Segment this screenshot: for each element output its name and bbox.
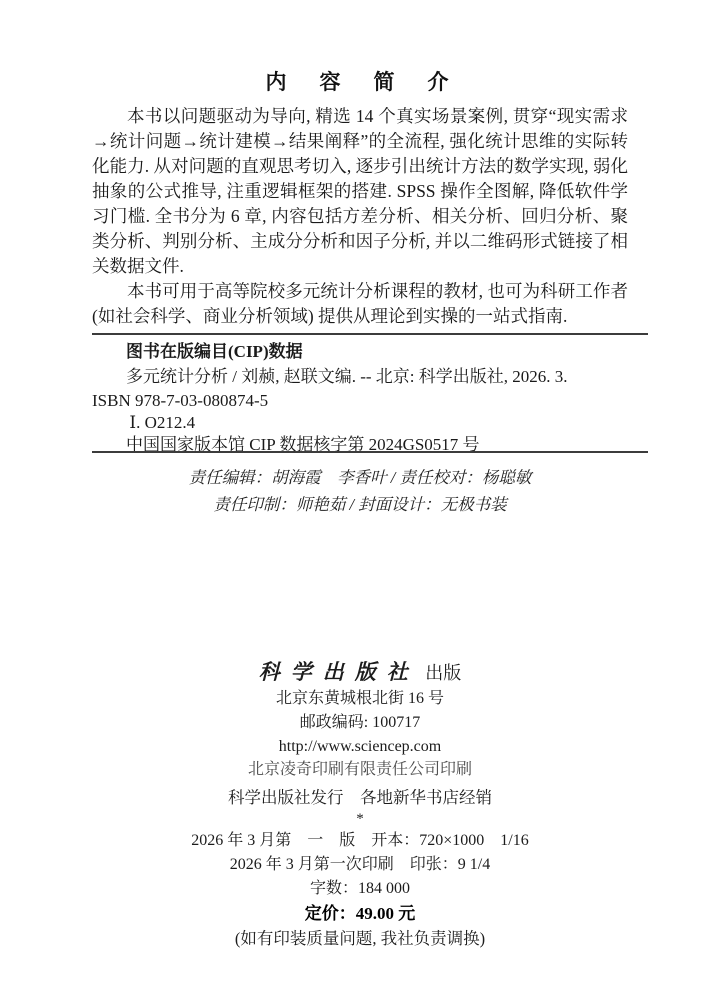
publisher-logo-line: 科学出版社 出版 bbox=[0, 658, 720, 687]
exchange-notice: (如有印装质量问题, 我社负责调换) bbox=[0, 927, 720, 951]
divider-top bbox=[92, 333, 648, 335]
publisher-website: http://www.sciencep.com bbox=[0, 735, 720, 758]
publisher-address: 北京东黄城根北街 16 号 bbox=[0, 687, 720, 711]
staff-print-design-line: 责任印制：师艳茹 / 封面设计：无极书装 bbox=[0, 491, 720, 518]
intro-paragraph-2: 本书可用于高等院校多元统计分析课程的教材, 也可为科研工作者(如社会科学、商业分… bbox=[92, 279, 628, 329]
publisher-logo-script: 科学出版社 bbox=[259, 660, 419, 684]
word-count-line: 字数：184 000 bbox=[0, 877, 720, 901]
distribution-line: 科学出版社发行 各地新华书店经销 bbox=[0, 785, 720, 811]
separator-star: * bbox=[0, 811, 720, 827]
copyright-page: 内 容 简 介 本书以问题驱动为导向, 精选 14 个真实场景案例, 贯穿“现实… bbox=[0, 0, 720, 1000]
cip-heading: 图书在版编目(CIP)数据 bbox=[92, 341, 648, 363]
publisher-logo-suffix: 出版 bbox=[425, 663, 461, 683]
cip-class-number: Ⅰ. O212.4 bbox=[92, 412, 648, 434]
content-introduction: 本书以问题驱动为导向, 精选 14 个真实场景案例, 贯穿“现实需求→统计问题→… bbox=[92, 104, 628, 329]
cip-isbn: ISBN 978-7-03-080874-5 bbox=[92, 390, 648, 412]
staff-block: 责任编辑：胡海霞 李香叶 / 责任校对：杨聪敏 责任印制：师艳茹 / 封面设计：… bbox=[0, 464, 720, 518]
cip-block: 图书在版编目(CIP)数据 多元统计分析 / 刘赪, 赵联文编. -- 北京: … bbox=[92, 341, 648, 456]
cip-entry: 多元统计分析 / 刘赪, 赵联文编. -- 北京: 科学出版社, 2026. 3… bbox=[92, 366, 648, 388]
divider-bottom bbox=[92, 451, 648, 453]
publisher-postcode: 邮政编码: 100717 bbox=[0, 711, 720, 735]
intro-paragraph-1: 本书以问题驱动为导向, 精选 14 个真实场景案例, 贯穿“现实需求→统计问题→… bbox=[92, 104, 628, 279]
page-title: 内 容 简 介 bbox=[0, 66, 720, 96]
staff-editors-line: 责任编辑：胡海霞 李香叶 / 责任校对：杨聪敏 bbox=[0, 464, 720, 491]
colophon-block: 科学出版社 出版 北京东黄城根北街 16 号 邮政编码: 100717 http… bbox=[0, 658, 720, 951]
impression-line: 2026 年 3 月第一次印刷 印张：9 1/4 bbox=[0, 853, 720, 877]
edition-line: 2026 年 3 月第 一 版 开本：720×1000 1/16 bbox=[0, 829, 720, 853]
printer-line: 北京凌奇印刷有限责任公司印刷 bbox=[0, 758, 720, 781]
price-line: 定价：49.00 元 bbox=[0, 901, 720, 927]
